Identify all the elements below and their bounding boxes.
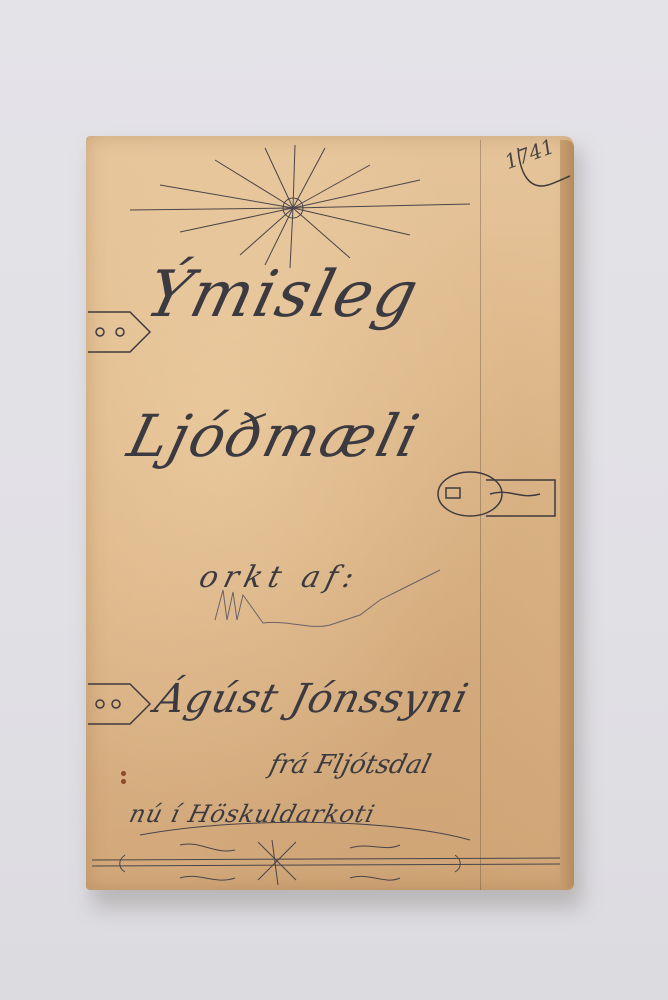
title-line-1: Ýmisleg xyxy=(139,258,427,332)
author-residence: nú í Höskuldarkoti xyxy=(127,800,379,828)
subtitle: orkt af: xyxy=(196,560,364,595)
ink-stain xyxy=(121,771,126,776)
author-name: Ágúst Jónssyni xyxy=(150,676,473,722)
ink-stain xyxy=(121,779,126,784)
ornament-border xyxy=(92,822,560,885)
cover-decorations xyxy=(0,0,668,1000)
author-origin: frá Fljótsdal xyxy=(266,750,434,780)
lock-icon xyxy=(438,472,555,516)
clasp-icon-upper xyxy=(88,312,150,352)
title-line-2: Ljóðmæli xyxy=(122,402,428,470)
sunburst-icon xyxy=(130,145,470,268)
clasp-icon-lower xyxy=(88,684,150,724)
